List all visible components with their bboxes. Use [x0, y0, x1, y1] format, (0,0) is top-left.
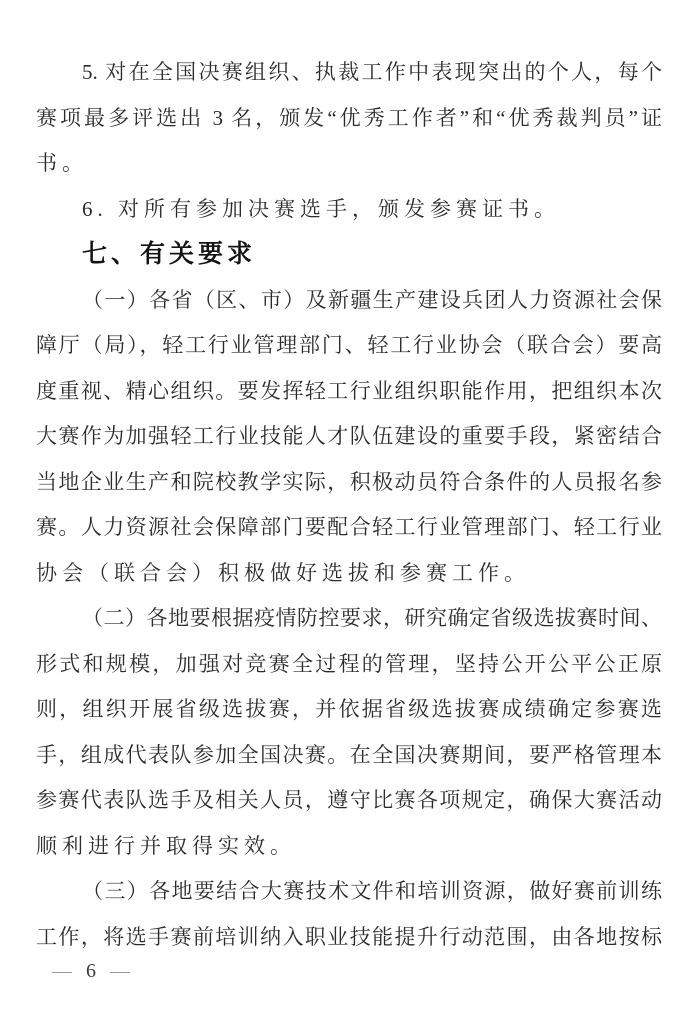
text-line: 赛项最多评选出 3 名，颁发“优秀工作者”和“优秀裁判员”证	[36, 96, 662, 142]
text-line: 6. 对所有参加决赛选手，颁发参赛证书。	[36, 187, 662, 233]
text-line: 手，组成代表队参加全国决赛。在全国决赛期间，要严格管理本	[36, 733, 662, 779]
paragraph-requirement-3: （三）各地要结合大赛技术文件和培训资源，做好赛前训练 工作，将选手赛前培训纳入职…	[36, 869, 662, 960]
text-line: 则，组织开展省级选拔赛，并依据省级选拔赛成绩确定参赛选	[36, 687, 662, 733]
text-line: 参赛代表队选手及相关人员，遵守比赛各项规定，确保大赛活动	[36, 778, 662, 824]
text-line: 协会（联合会）积极做好选拔和参赛工作。	[36, 551, 662, 597]
paragraph-requirement-1: （一）各省（区、市）及新疆生产建设兵团人力资源社会保 障厅（局），轻工行业管理部…	[36, 278, 662, 597]
document-page: 5. 对在全国决赛组织、执裁工作中表现突出的个人，每个 赛项最多评选出 3 名，…	[0, 0, 696, 1023]
text-line: （二）各地要根据疫情防控要求，研究确定省级选拔赛时间、	[36, 596, 662, 642]
text-line: （一）各省（区、市）及新疆生产建设兵团人力资源社会保	[36, 278, 662, 324]
page-number-value: 6	[86, 960, 96, 983]
text-line: 当地企业生产和院校教学实际，积极动员符合条件的人员报名参	[36, 460, 662, 506]
text-line: （三）各地要结合大赛技术文件和培训资源，做好赛前训练	[36, 869, 662, 915]
page-number-dash-right: —	[110, 960, 130, 983]
text-line: 书。	[36, 141, 662, 187]
text-line: 工作，将选手赛前培训纳入职业技能提升行动范围，由各地按标	[36, 915, 662, 961]
text-line: 形式和规模，加强对竞赛全过程的管理，坚持公开公平公正原	[36, 642, 662, 688]
paragraph-item-6: 6. 对所有参加决赛选手，颁发参赛证书。	[36, 187, 662, 233]
text-line: 大赛作为加强轻工行业技能人才队伍建设的重要手段，紧密结合	[36, 414, 662, 460]
document-text-block: 5. 对在全国决赛组织、执裁工作中表现突出的个人，每个 赛项最多评选出 3 名，…	[36, 50, 662, 960]
text-line: 赛。人力资源社会保障部门要配合轻工行业管理部门、轻工行业	[36, 505, 662, 551]
text-line: 顺利进行并取得实效。	[36, 824, 662, 870]
text-line: 障厅（局），轻工行业管理部门、轻工行业协会（联合会）要高	[36, 323, 662, 369]
paragraph-item-5: 5. 对在全国决赛组织、执裁工作中表现突出的个人，每个 赛项最多评选出 3 名，…	[36, 50, 662, 187]
text-line: 度重视、精心组织。要发挥轻工行业组织职能作用，把组织本次	[36, 369, 662, 415]
page-number: — 6 —	[52, 956, 130, 986]
section-heading: 七、有关要求	[36, 232, 662, 278]
paragraph-requirement-2: （二）各地要根据疫情防控要求，研究确定省级选拔赛时间、 形式和规模，加强对竞赛全…	[36, 596, 662, 869]
text-line: 5. 对在全国决赛组织、执裁工作中表现突出的个人，每个	[36, 50, 662, 96]
page-number-dash-left: —	[52, 960, 72, 983]
